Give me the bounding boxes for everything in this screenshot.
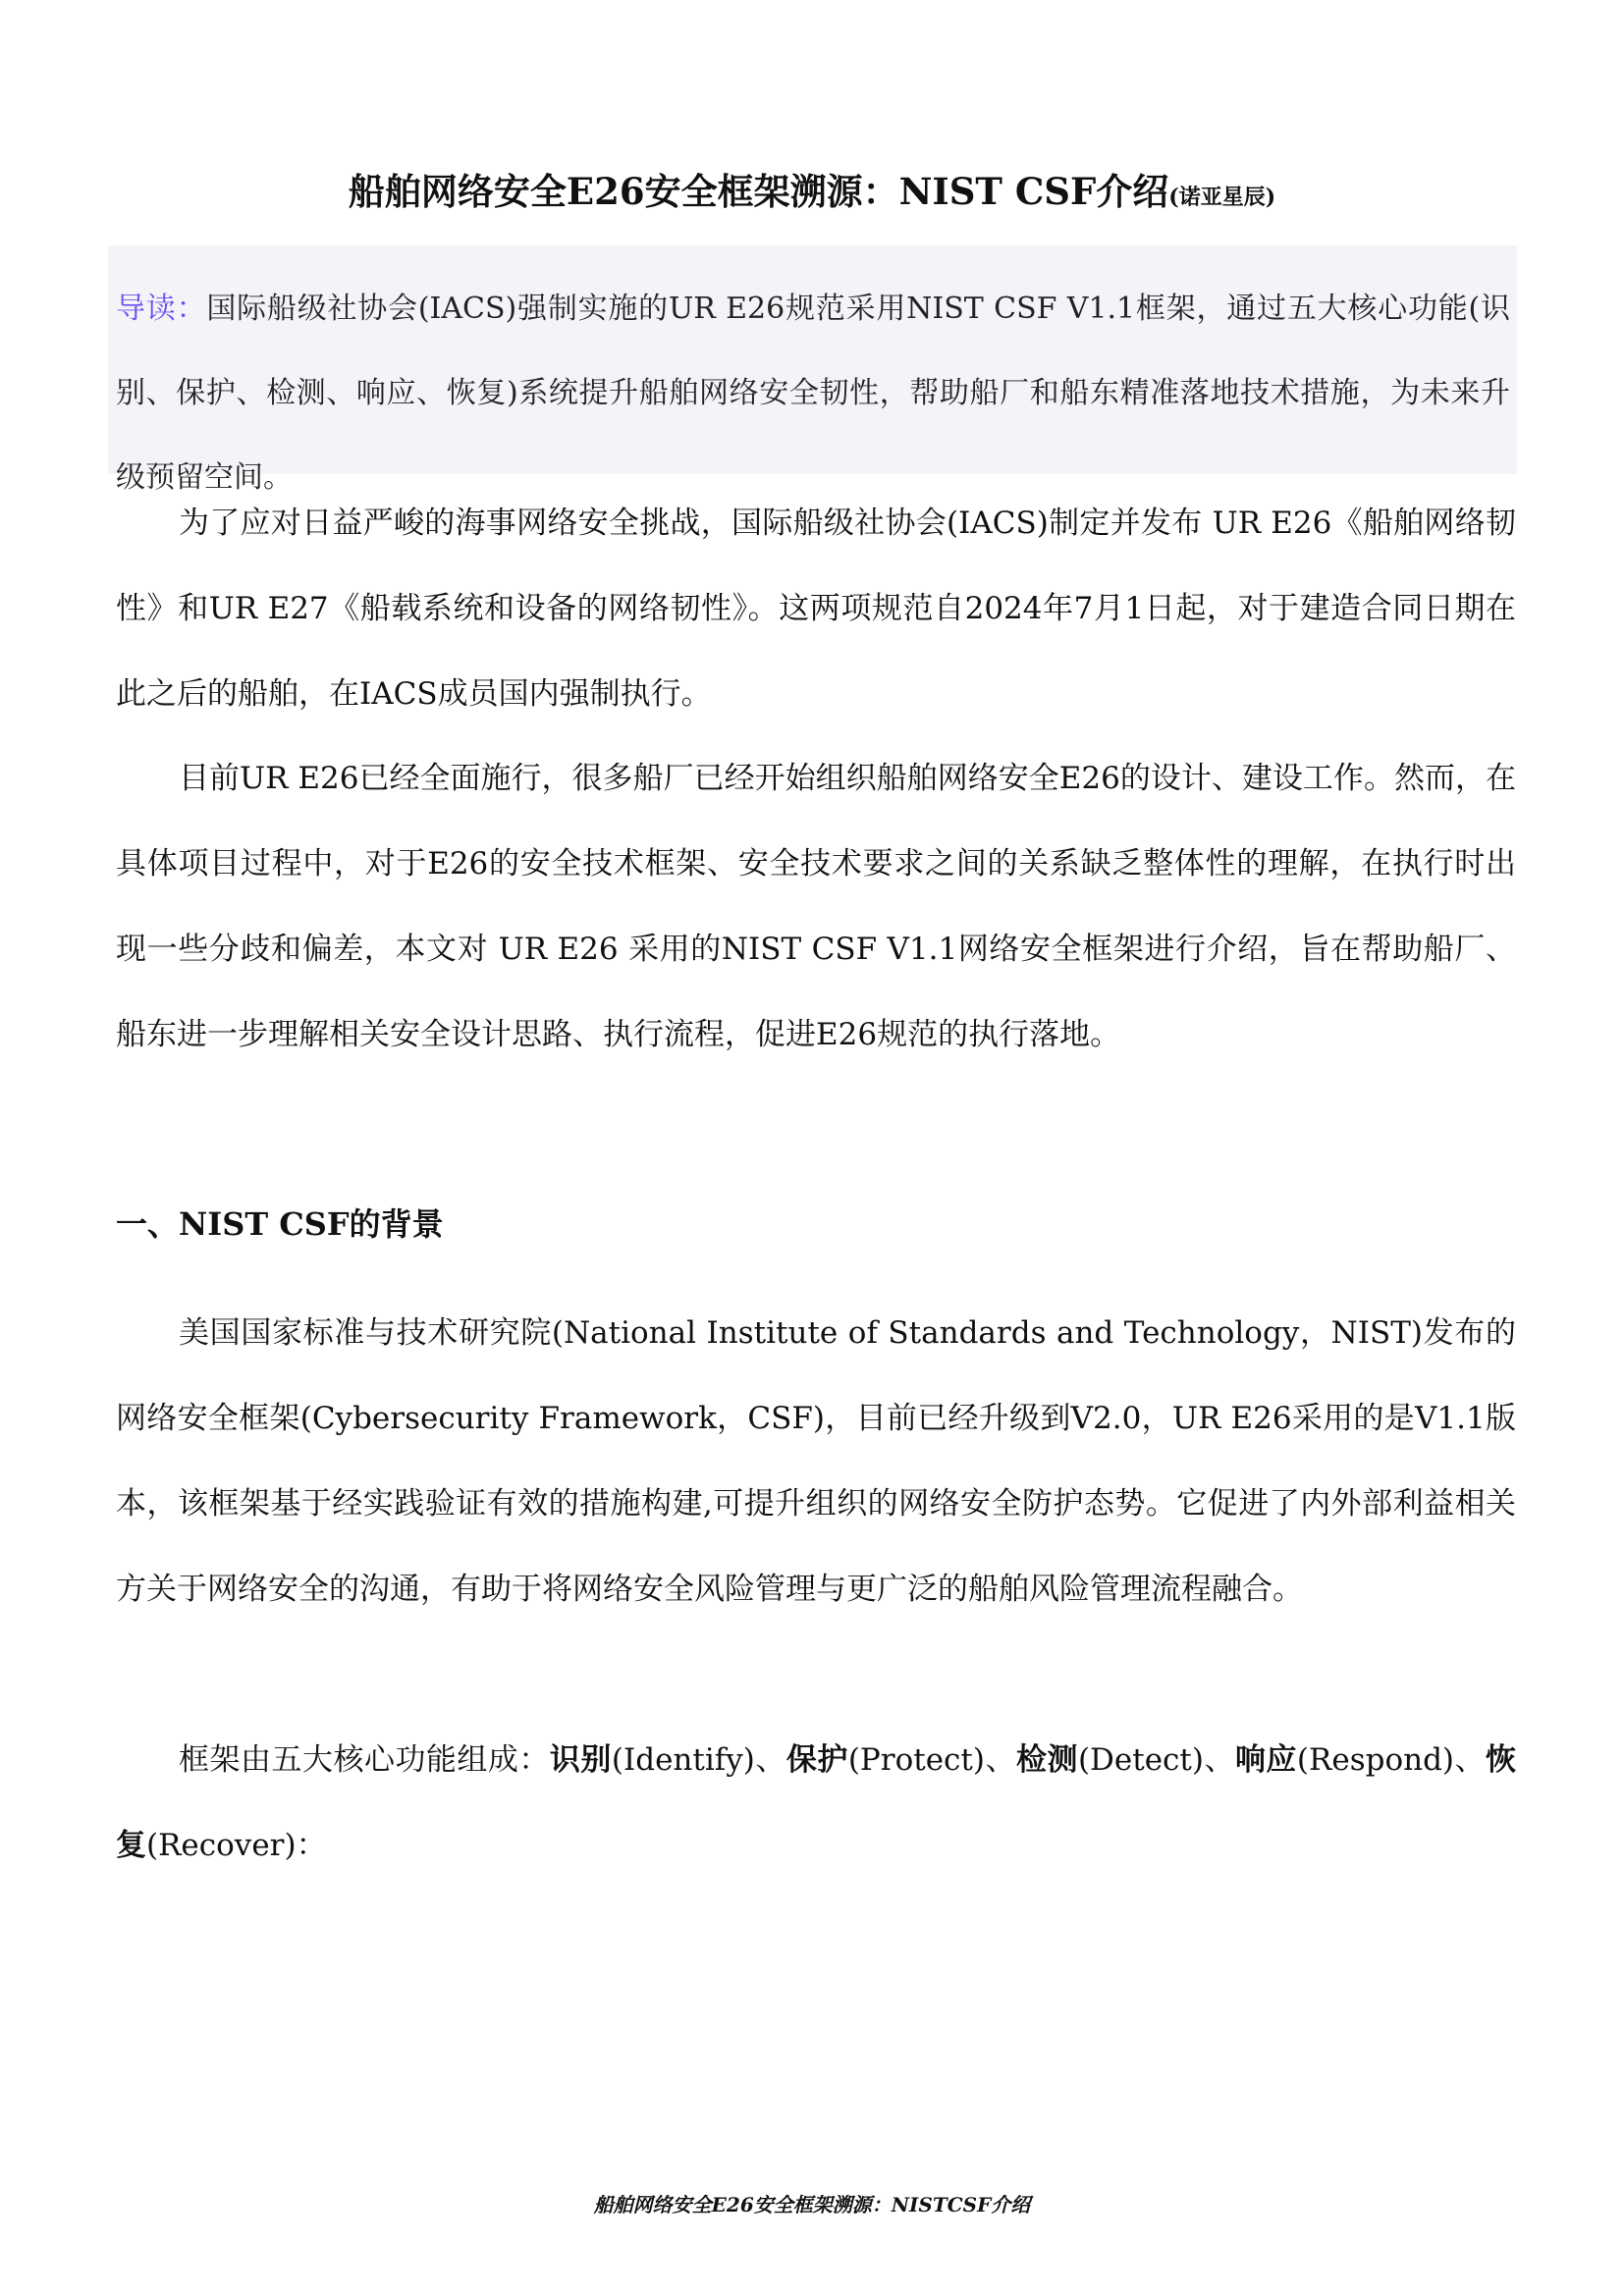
functions-intro: 框架由五大核心功能组成： [179,1742,550,1778]
page-footer: 船舶网络安全E26安全框架溯源：NISTCSF介绍 [0,2189,1624,2217]
functions-paragraph: 框架由五大核心功能组成：识别(Identify)、保护(Protect)、检测(… [116,1718,1516,1889]
separator: 、 [1454,1742,1486,1778]
function-respond-en: (Respond) [1297,1742,1454,1778]
function-identify-zh: 识别 [550,1742,612,1778]
page-title: 船舶网络安全E26安全框架溯源：NIST CSF介绍(诺亚星辰) [0,162,1624,215]
title-text: 船舶网络安全E26安全框架溯源：NIST CSF介绍 [349,170,1168,213]
intro-paragraph-2: 目前UR E26已经全面施行，很多船厂已经开始组织船舶网络安全E26的设计、建设… [116,736,1516,1078]
separator: 、 [985,1742,1016,1778]
lead-text: 国际船级社协会(IACS)强制实施的UR E26规范采用NIST CSF V1.… [116,292,1510,495]
function-detect-zh: 检测 [1016,1742,1078,1778]
author: (诺亚星辰) [1168,185,1275,210]
function-respond-zh: 响应 [1235,1742,1297,1778]
separator: 、 [755,1742,786,1778]
separator: 、 [1204,1742,1235,1778]
section1-paragraph-1: 美国国家标准与技术研究院(National Institute of Stand… [116,1291,1516,1632]
separator: ： [297,1828,327,1863]
function-detect-en: (Detect) [1078,1742,1204,1778]
lead-box: 导读：国际船级社协会(IACS)强制实施的UR E26规范采用NIST CSF … [108,245,1517,474]
intro-paragraph-1: 为了应对日益严峻的海事网络安全挑战，国际船级社协会(IACS)制定并发布 UR … [116,481,1516,737]
section-heading-1: 一、NIST CSF的背景 [116,1200,444,1245]
function-protect-en: (Protect) [848,1742,985,1778]
function-recover-en: (Recover) [146,1828,297,1863]
lead-label: 导读： [116,292,206,326]
function-identify-en: (Identify) [612,1742,755,1778]
function-protect-zh: 保护 [786,1742,848,1778]
